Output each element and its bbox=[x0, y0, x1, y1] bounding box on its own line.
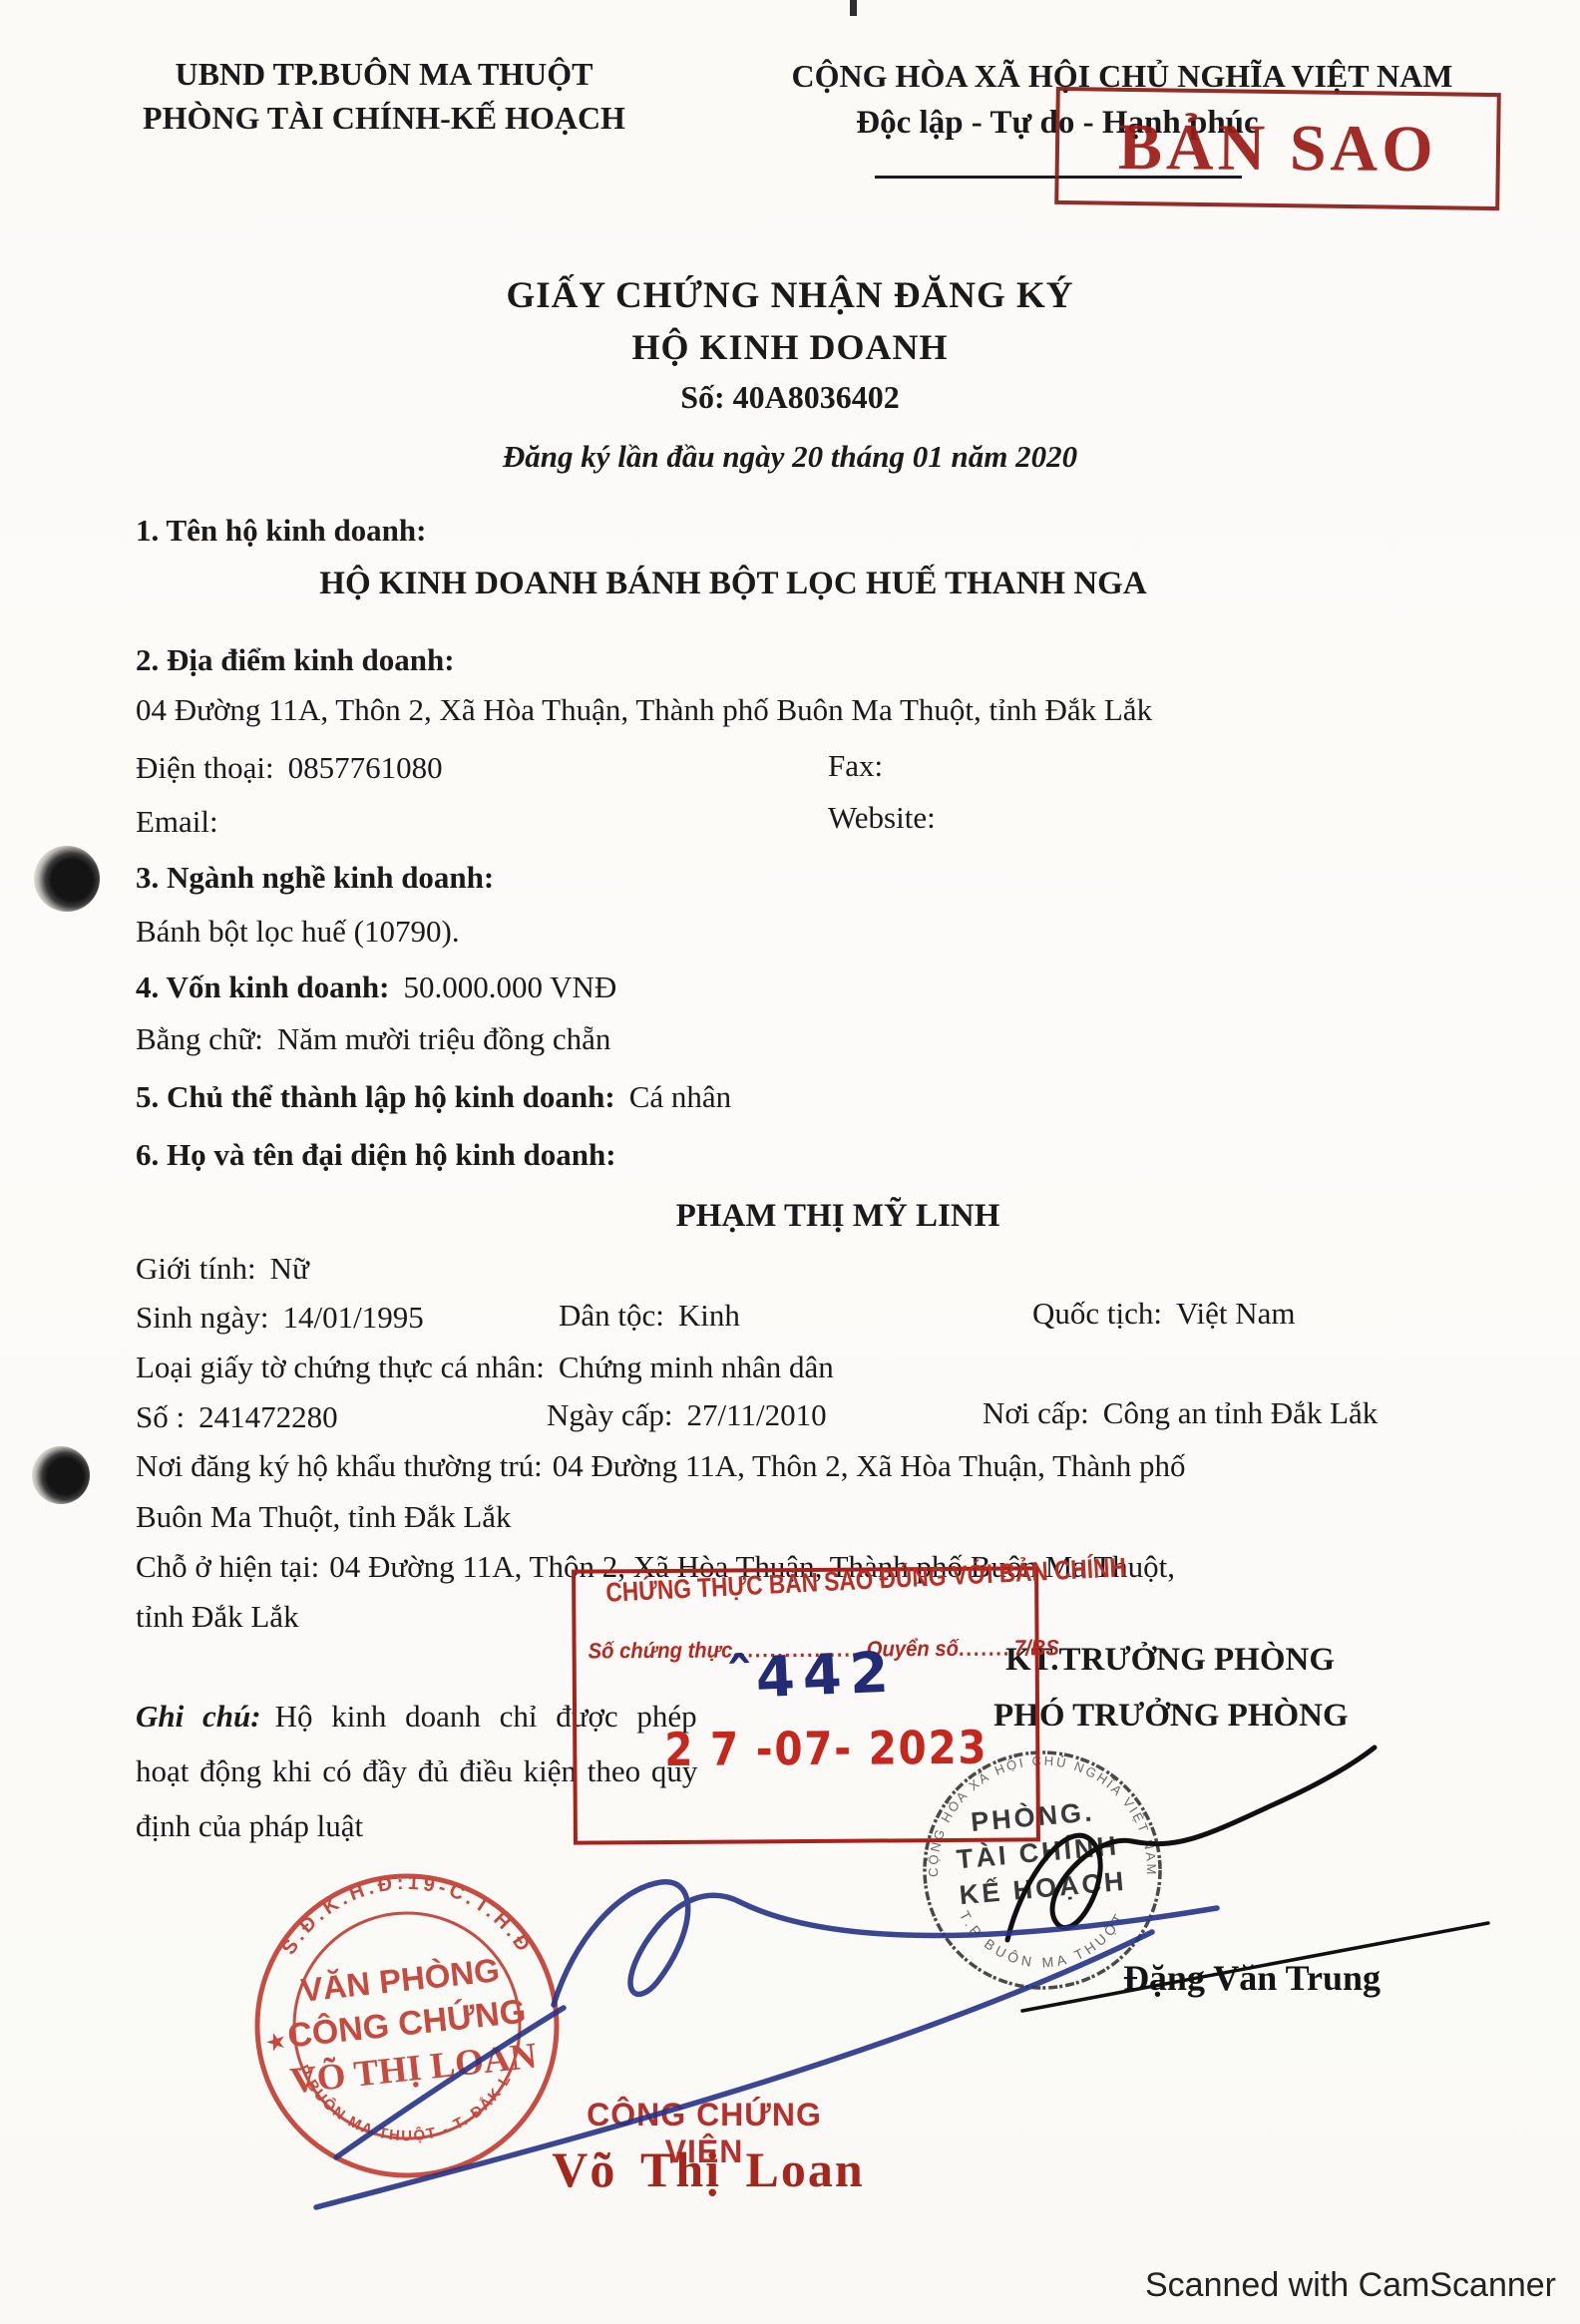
dob-label: Sinh ngày: bbox=[136, 1300, 268, 1335]
capital-words-value: Năm mười triệu đồng chẵn bbox=[277, 1021, 611, 1057]
phone-row-left: Điện thoại:0857761080 bbox=[136, 750, 443, 786]
owner-type-row: 5. Chủ thể thành lập hộ kinh doanh:Cá nh… bbox=[136, 1079, 731, 1115]
issue-place-row: Nơi cấp:Công an tỉnh Đắk Lắk bbox=[983, 1395, 1378, 1431]
ban-sao-stamp: BẢN SAO bbox=[1054, 87, 1501, 210]
id-type-row: Loại giấy tờ chứng thực cá nhân:Chứng mi… bbox=[136, 1350, 834, 1385]
issue-place-label: Nơi cấp: bbox=[983, 1395, 1089, 1430]
phone-label: Điện thoại: bbox=[136, 750, 274, 785]
ban-sao-stamp-text: BẢN SAO bbox=[1118, 110, 1437, 188]
id-no-row: Số :241472280 bbox=[136, 1399, 338, 1435]
dob-row: Sinh ngày:14/01/1995 bbox=[136, 1300, 424, 1336]
cert-serial-handwritten: 442 bbox=[725, 1640, 898, 1712]
perm-addr-value1: 04 Đường 11A, Thôn 2, Xã Hòa Thuận, Thàn… bbox=[553, 1448, 1186, 1484]
business-address: 04 Đường 11A, Thôn 2, Xã Hòa Thuận, Thàn… bbox=[136, 692, 1152, 728]
section2-label: 2. Địa điểm kinh doanh: bbox=[136, 642, 455, 678]
section3-label: 3. Ngành nghề kinh doanh: bbox=[136, 860, 494, 896]
ethnic-row: Dân tộc:Kinh bbox=[559, 1298, 740, 1334]
notary-signature bbox=[254, 1840, 1262, 2234]
issue-place-value: Công an tỉnh Đắk Lắk bbox=[1103, 1395, 1379, 1431]
id-type-label: Loại giấy tờ chứng thực cá nhân: bbox=[136, 1350, 545, 1384]
issuer-line2: PHÒNG TÀI CHÍNH-KẾ HOẠCH bbox=[130, 100, 638, 137]
gender-value: Nữ bbox=[270, 1251, 309, 1287]
certification-stamp: CHỨNG THỰC BẢN SAO ĐÚNG VỚI BẢN CHÍNH Số… bbox=[572, 1566, 1040, 1844]
gender-row: Giới tính:Nữ bbox=[136, 1251, 309, 1287]
doc-title-line1: GIẤY CHỨNG NHẬN ĐĂNG KÝ bbox=[0, 275, 1580, 318]
perm-addr-line2: Buôn Ma Thuột, tỉnh Đắk Lắk bbox=[136, 1499, 512, 1535]
scan-artifact bbox=[850, 0, 857, 16]
section4-label: 4. Vốn kinh doanh: bbox=[136, 969, 389, 1004]
curr-addr-label: Chỗ ở hiện tại: bbox=[136, 1549, 319, 1584]
phone-value: 0857761080 bbox=[288, 750, 443, 786]
website-label: Website: bbox=[828, 800, 936, 836]
id-no-value: 241472280 bbox=[198, 1399, 338, 1435]
note-line3: định của pháp luật bbox=[136, 1808, 363, 1844]
representative-name: PHẠM THỊ MỸ LINH bbox=[658, 1197, 1017, 1235]
registration-date-line: Đăng ký lần đầu ngày 20 tháng 01 năm 202… bbox=[0, 439, 1580, 475]
note-label: Ghi chú: bbox=[136, 1699, 261, 1734]
nationality-label: Quốc tịch: bbox=[1032, 1296, 1162, 1331]
fax-label: Fax: bbox=[828, 748, 883, 784]
dob-value: 14/01/1995 bbox=[282, 1300, 423, 1336]
issue-date-value: 27/11/2010 bbox=[687, 1397, 827, 1433]
doc-title-line2: HỘ KINH DOANH bbox=[0, 327, 1580, 369]
section1-label: 1. Tên hộ kinh doanh: bbox=[136, 513, 427, 549]
capital-value: 50.000.000 VNĐ bbox=[403, 969, 616, 1005]
gender-label: Giới tính: bbox=[136, 1251, 256, 1286]
capital-row: 4. Vốn kinh doanh:50.000.000 VNĐ bbox=[136, 969, 616, 1005]
cert-book-value: 7/BS bbox=[1014, 1635, 1059, 1661]
ethnic-label: Dân tộc: bbox=[559, 1298, 664, 1333]
cert-serial-label: Số chứng thực bbox=[589, 1638, 733, 1665]
ethnic-value: Kinh bbox=[678, 1298, 740, 1334]
doc-number: Số: 40A8036402 bbox=[0, 379, 1580, 416]
section6-label: 6. Họ và tên đại diện hộ kinh doanh: bbox=[136, 1137, 616, 1173]
id-type-value: Chứng minh nhân dân bbox=[559, 1350, 834, 1385]
nationality-value: Việt Nam bbox=[1176, 1296, 1296, 1332]
scanned-document-page: UBND TP.BUÔN MA THUỘT PHÒNG TÀI CHÍNH-KẾ… bbox=[0, 0, 1580, 2324]
punch-hole bbox=[32, 1446, 90, 1504]
issue-date-label: Ngày cấp: bbox=[547, 1397, 673, 1432]
perm-addr-line1: Nơi đăng ký hộ khẩu thường trú:04 Đường … bbox=[136, 1448, 1186, 1484]
issuer-line1: UBND TP.BUÔN MA THUỘT bbox=[155, 56, 613, 93]
scanner-credit: Scanned with CamScanner bbox=[1145, 2266, 1556, 2305]
business-line: Bánh bột lọc huế (10790). bbox=[136, 914, 460, 950]
id-no-label: Số : bbox=[136, 1399, 185, 1434]
email-label: Email: bbox=[136, 804, 218, 840]
cert-date-stamp: 2 7 -07- 2023 bbox=[641, 1721, 1010, 1777]
issue-date-row: Ngày cấp:27/11/2010 bbox=[547, 1397, 827, 1433]
section5-label: 5. Chủ thể thành lập hộ kinh doanh: bbox=[136, 1079, 615, 1114]
capital-words-label: Bằng chữ: bbox=[136, 1021, 263, 1056]
nationality-row: Quốc tịch:Việt Nam bbox=[1032, 1296, 1296, 1332]
capital-words-row: Bằng chữ:Năm mười triệu đồng chẵn bbox=[136, 1021, 610, 1057]
curr-addr-line2: tỉnh Đắk Lắk bbox=[136, 1599, 299, 1635]
cert-book-dots: ....... bbox=[959, 1636, 1010, 1662]
punch-hole bbox=[34, 846, 100, 912]
business-name: HỘ KINH DOANH BÁNH BỘT LỌC HUẾ THANH NGA bbox=[0, 565, 1466, 602]
owner-type-value: Cá nhân bbox=[629, 1079, 731, 1115]
perm-addr-label: Nơi đăng ký hộ khẩu thường trú: bbox=[136, 1448, 543, 1483]
